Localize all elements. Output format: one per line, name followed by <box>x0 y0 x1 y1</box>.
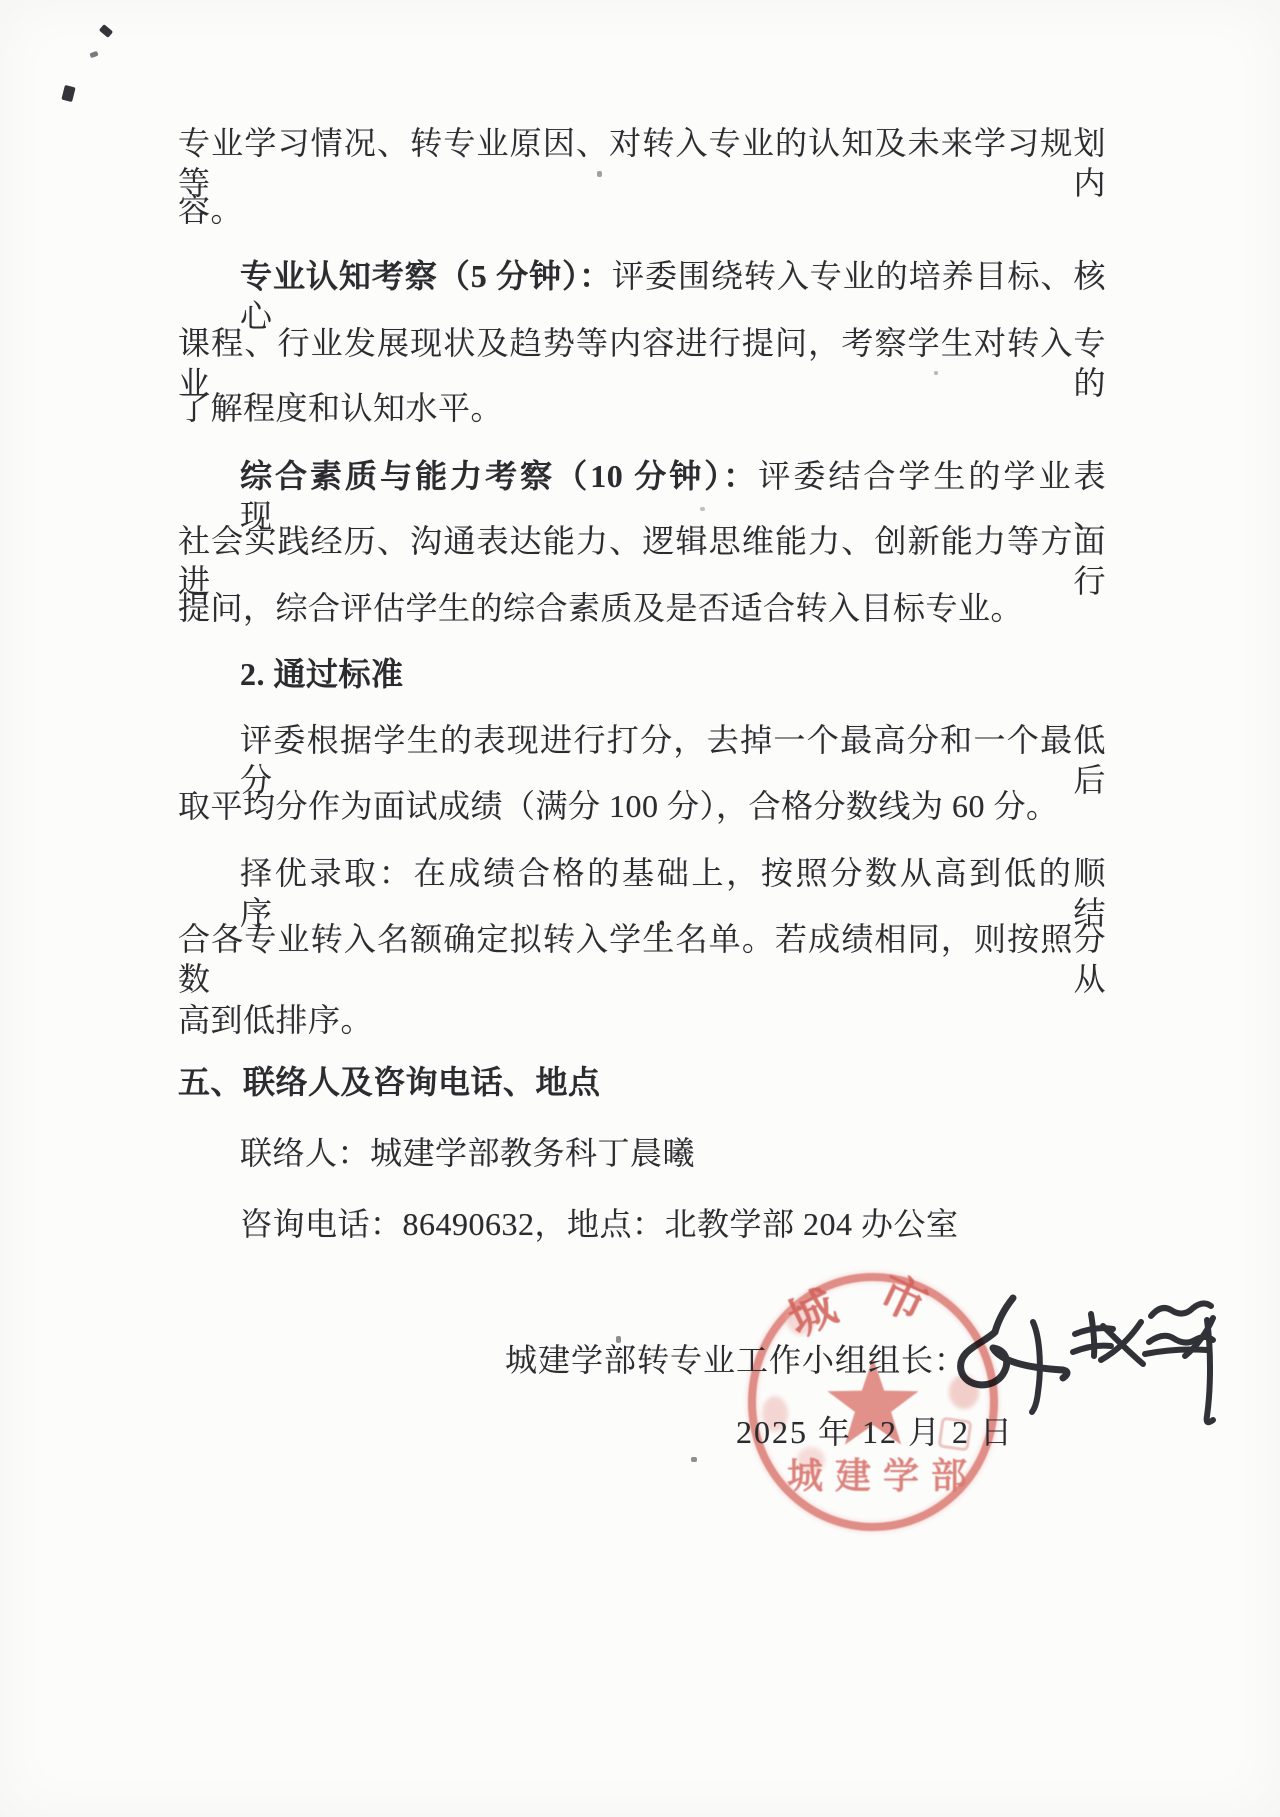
ink-speck <box>691 1457 697 1462</box>
scanned-document-page: 城市 城建学部 专业学习情况、转专业原因、对转入专业的认知及未来学习规划等内 容… <box>0 0 1280 1817</box>
text-line: 高到低排序。 <box>178 1000 1106 1040</box>
handwritten-signature <box>945 1288 1255 1448</box>
ink-speck <box>61 85 75 102</box>
ink-speck <box>89 51 98 58</box>
text-line: 提问，综合评估学生的综合素质及是否适合转入目标专业。 <box>178 588 1106 628</box>
text-line: 取平均分作为面试成绩（满分 100 分），合格分数线为 60 分。 <box>178 786 1106 826</box>
contact-person-line: 联络人：城建学部教务科丁晨曦 <box>178 1133 1106 1173</box>
ink-speck <box>99 24 113 38</box>
section-heading: 2. 通过标准 <box>178 654 1106 694</box>
section-heading: 五、联络人及咨询电话、地点 <box>178 1062 1106 1102</box>
signature-strokes <box>945 1288 1255 1448</box>
text-line: 了解程度和认知水平。 <box>178 388 1106 428</box>
text-line: 容。 <box>178 190 1106 230</box>
text-line: 合各专业转入名额确定拟转入学生名单。若成绩相同，则按照分数从 <box>178 919 1106 999</box>
seal-bottom-text: 城建学部 <box>787 1456 979 1496</box>
contact-phone-line: 咨询电话：86490632，地点：北教学部 204 办公室 <box>178 1204 1106 1244</box>
signer-role-line: 城建学部转专业工作小组组长： <box>505 1340 967 1380</box>
